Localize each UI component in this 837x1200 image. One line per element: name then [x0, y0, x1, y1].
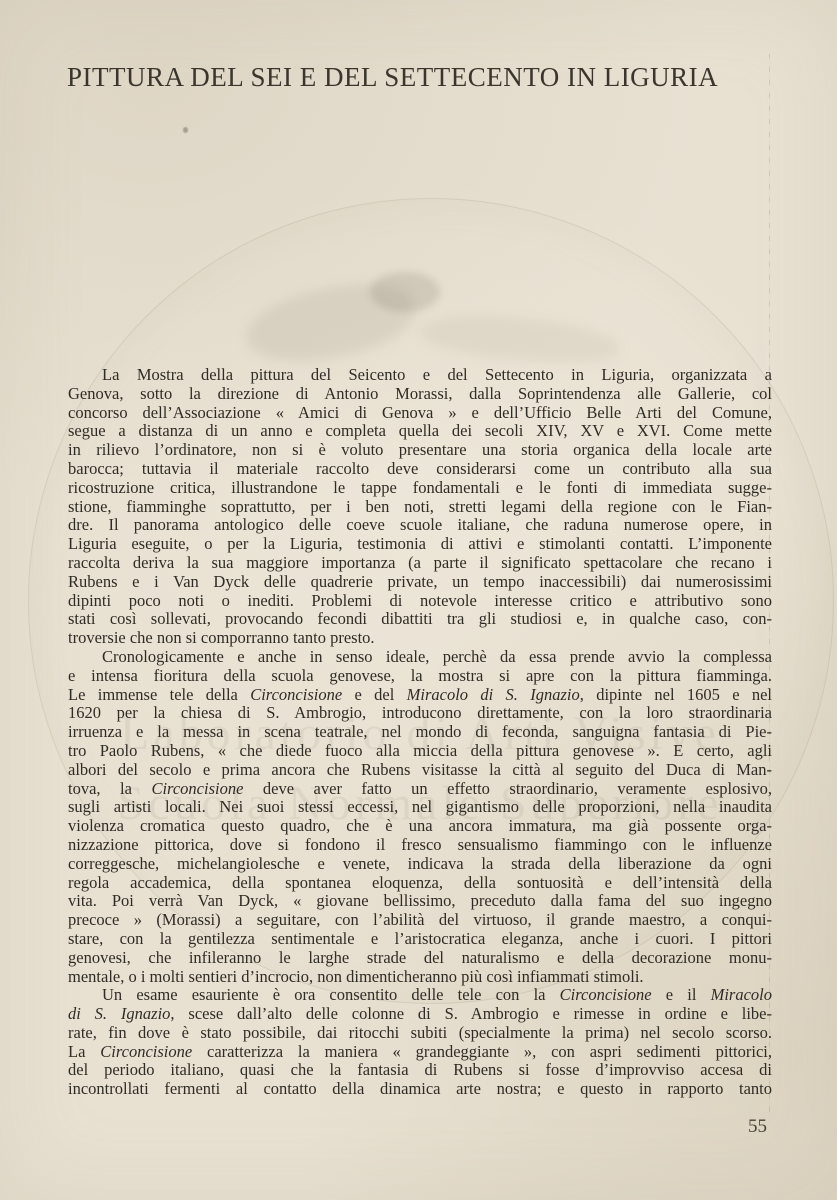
text-line: e intensa fioritura della scuola genoves…	[68, 667, 772, 686]
book-page: Laboratorio di Arti Visive Scuola Normal…	[0, 0, 837, 1200]
text-line: correggesche, michelangiolesche e venete…	[68, 855, 772, 874]
text-line: Cronologicamente e anche in senso ideale…	[68, 648, 772, 667]
scan-smudge	[370, 272, 440, 312]
text-line: violenza cromatica questo quadro, che è …	[68, 817, 772, 836]
text-line: in rilievo l’ordinatore, non si è voluto…	[68, 441, 772, 460]
text-line: regola accademica, della spontanea eloqu…	[68, 874, 772, 893]
text-line: 1620 per la chiesa di S. Ambrogio, intro…	[68, 704, 772, 723]
text-line: Genova, sotto la direzione di Antonio Mo…	[68, 385, 772, 404]
text-line: dipinti poco noti o inediti. Problemi di…	[68, 592, 772, 611]
text-line: tro Paolo Rubens, « che diede fuoco alla…	[68, 742, 772, 761]
text-line: barocca; tuttavia il materiale raccolto …	[68, 460, 772, 479]
text-line: Liguria eseguite, o per la Liguria, test…	[68, 535, 772, 554]
text-line: nizzazione pittorica, dove si fondono il…	[68, 836, 772, 855]
text-line: ricostruzione critica, illustrandone le …	[68, 479, 772, 498]
page-number: 55	[748, 1116, 767, 1138]
text-line: tova, la Circoncisione deve aver fatto u…	[68, 780, 772, 799]
text-line: Un esame esauriente è ora consentito del…	[68, 986, 772, 1005]
text-line: albori del secolo e prima ancora che Rub…	[68, 761, 772, 780]
text-line: stati così sollevati, provocando fecondi…	[68, 610, 772, 629]
text-line: rate, fin dove è stato possibile, dai ri…	[68, 1024, 772, 1043]
text-line: dre. Il panorama antologico delle coeve …	[68, 516, 772, 535]
page-title: PITTURA DEL SEI E DEL SETTECENTO IN LIGU…	[67, 62, 718, 93]
paragraph: Cronologicamente e anche in senso ideale…	[68, 648, 772, 986]
text-line: Le immense tele della Circoncisione e de…	[68, 686, 772, 705]
text-line: concorso dell’Associazione « Amici di Ge…	[68, 404, 772, 423]
text-line: raccolta deriva la sua maggiore importan…	[68, 554, 772, 573]
text-line: di S. Ignazio, scese dall’alto delle col…	[68, 1005, 772, 1024]
text-line: stare, con la gentilezza sentimentale e …	[68, 930, 772, 949]
text-block: La Mostra della pittura del Seicento e d…	[68, 366, 772, 1099]
text-line: La Mostra della pittura del Seicento e d…	[68, 366, 772, 385]
ink-speck	[183, 127, 188, 133]
text-line: Rubens e i Van Dyck delle quadrerie priv…	[68, 573, 772, 592]
text-line: del periodo italiano, quasi che la fanta…	[68, 1061, 772, 1080]
text-line: irruenza e la messa in scena teatrale, n…	[68, 723, 772, 742]
text-line: sugli artisti locali. Nei suoi stessi ec…	[68, 798, 772, 817]
paragraph: La Mostra della pittura del Seicento e d…	[68, 366, 772, 648]
text-line: troversie che non si comporranno tanto p…	[68, 629, 772, 648]
text-line: segue a distanza di un anno e completa q…	[68, 422, 772, 441]
text-line: La Circoncisione caratterizza la maniera…	[68, 1043, 772, 1062]
paragraph: Un esame esauriente è ora consentito del…	[68, 986, 772, 1099]
text-line: genovesi, che infileranno le larghe stra…	[68, 949, 772, 968]
text-line: vita. Poi verrà Van Dyck, « giovane bell…	[68, 892, 772, 911]
text-line: mentale, o i molti sentieri d’incrocio, …	[68, 968, 772, 987]
text-line: incontrollati fermenti al contatto della…	[68, 1080, 772, 1099]
text-line: stione, fiamminghe soprattutto, per i be…	[68, 498, 772, 517]
text-line: precoce » (Morassi) a seguitare, con l’a…	[68, 911, 772, 930]
